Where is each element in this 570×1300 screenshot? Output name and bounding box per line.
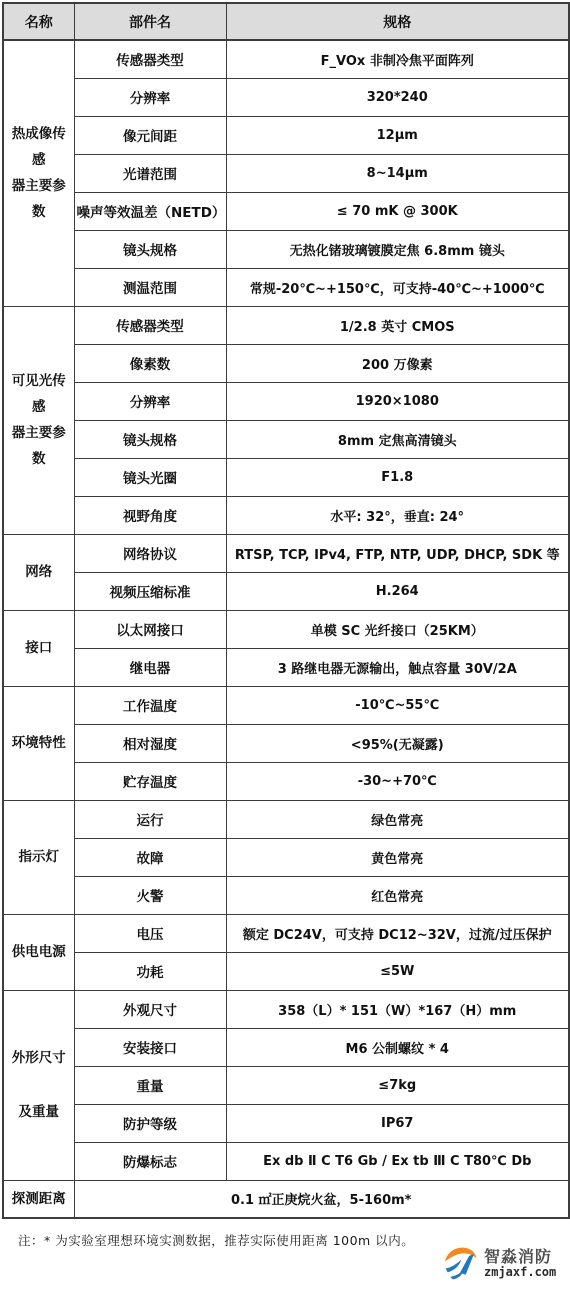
group-name-cell: 外形尺寸 及重量 <box>3 990 74 1180</box>
part-name-cell: 功耗 <box>74 952 226 990</box>
spec-value-cell: 水平: 32°，垂直: 24° <box>226 496 569 534</box>
spec-value-cell: 额定 DC24V，可支持 DC12~32V，过流/过压保护 <box>226 914 569 952</box>
part-name-cell: 分辨率 <box>74 78 226 116</box>
table-row: 外形尺寸 及重量外观尺寸358（L）* 151（W）*167（H）mm <box>3 990 569 1028</box>
spec-value-cell: <95%(无凝露) <box>226 724 569 762</box>
group-name-cell: 网络 <box>3 534 74 610</box>
spec-value-cell: 0.1 ㎡正庚烷火盆，5-160m* <box>74 1180 569 1218</box>
spec-value-cell: 3 路继电器无源输出，触点容量 30V/2A <box>226 648 569 686</box>
spec-value-cell: 红色常亮 <box>226 876 569 914</box>
group-name-cell: 环境特性 <box>3 686 74 800</box>
table-row: 像元间距12μm <box>3 116 569 154</box>
table-row: 防爆标志Ex db Ⅱ C T6 Gb / Ex tb Ⅲ C T80℃ Db <box>3 1142 569 1180</box>
table-row: 接口以太网接口单模 SC 光纤接口（25KM） <box>3 610 569 648</box>
spec-value-cell: 1/2.8 英寸 CMOS <box>226 306 569 344</box>
spec-value-cell: -30~+70℃ <box>226 762 569 800</box>
table-row: 功耗≤5W <box>3 952 569 990</box>
part-name-cell: 相对湿度 <box>74 724 226 762</box>
part-name-cell: 镜头光圈 <box>74 458 226 496</box>
spec-value-cell: ≤5W <box>226 952 569 990</box>
table-row: 可见光传感 器主要参数传感器类型1/2.8 英寸 CMOS <box>3 306 569 344</box>
spec-value-cell: H.264 <box>226 572 569 610</box>
part-name-cell: 防护等级 <box>74 1104 226 1142</box>
spec-value-cell: F_VOx 非制冷焦平面阵列 <box>226 40 569 78</box>
spec-table-body: 热成像传感 器主要参数传感器类型F_VOx 非制冷焦平面阵列分辨率320*240… <box>3 40 569 1218</box>
part-name-cell: 像素数 <box>74 344 226 382</box>
table-row: 分辨率320*240 <box>3 78 569 116</box>
brand-url: zmjaxf.com <box>484 1266 556 1279</box>
table-row: 重量≤7kg <box>3 1066 569 1104</box>
spec-value-cell: F1.8 <box>226 458 569 496</box>
brand-name: 智淼消防 <box>484 1249 556 1266</box>
part-name-cell: 电压 <box>74 914 226 952</box>
table-row: 视频压缩标准H.264 <box>3 572 569 610</box>
table-row: 安装接口M6 公制螺纹 * 4 <box>3 1028 569 1066</box>
spec-value-cell: 绿色常亮 <box>226 800 569 838</box>
spec-value-cell: 358（L）* 151（W）*167（H）mm <box>226 990 569 1028</box>
spec-value-cell: 黄色常亮 <box>226 838 569 876</box>
part-name-cell: 火警 <box>74 876 226 914</box>
spec-value-cell: 无热化锗玻璃镀膜定焦 6.8mm 镜头 <box>226 230 569 268</box>
spec-value-cell: 8mm 定焦高清镜头 <box>226 420 569 458</box>
part-name-cell: 镜头规格 <box>74 230 226 268</box>
spec-value-cell: Ex db Ⅱ C T6 Gb / Ex tb Ⅲ C T80℃ Db <box>226 1142 569 1180</box>
part-name-cell: 测温范围 <box>74 268 226 306</box>
spec-value-cell: M6 公制螺纹 * 4 <box>226 1028 569 1066</box>
table-row: 火警红色常亮 <box>3 876 569 914</box>
brand-logo-text: 智淼消防 zmjaxf.com <box>484 1249 556 1278</box>
table-row: 供电电源电压额定 DC24V，可支持 DC12~32V，过流/过压保护 <box>3 914 569 952</box>
part-name-cell: 故障 <box>74 838 226 876</box>
part-name-cell: 分辨率 <box>74 382 226 420</box>
table-row: 像素数200 万像素 <box>3 344 569 382</box>
part-name-cell: 防爆标志 <box>74 1142 226 1180</box>
spec-value-cell: RTSP, TCP, IPv4, FTP, NTP, UDP, DHCP, SD… <box>226 534 569 572</box>
spec-value-cell: 1920×1080 <box>226 382 569 420</box>
brand-logo: 智淼消防 zmjaxf.com <box>442 1245 556 1282</box>
header-spec: 规格 <box>226 3 569 40</box>
spec-value-cell: IP67 <box>226 1104 569 1142</box>
table-row: 光谱范围8~14μm <box>3 154 569 192</box>
table-row: 噪声等效温差（NETD）≤ 70 mK @ 300K <box>3 192 569 230</box>
group-name-cell: 热成像传感 器主要参数 <box>3 40 74 306</box>
part-name-cell: 镜头规格 <box>74 420 226 458</box>
table-row: 指示灯运行绿色常亮 <box>3 800 569 838</box>
part-name-cell: 继电器 <box>74 648 226 686</box>
part-name-cell: 外观尺寸 <box>74 990 226 1028</box>
group-name-cell: 探测距离 <box>3 1180 74 1218</box>
table-row: 网络网络协议RTSP, TCP, IPv4, FTP, NTP, UDP, DH… <box>3 534 569 572</box>
spec-value-cell: -10℃~55℃ <box>226 686 569 724</box>
spec-value-cell: 200 万像素 <box>226 344 569 382</box>
group-name-cell: 可见光传感 器主要参数 <box>3 306 74 534</box>
part-name-cell: 噪声等效温差（NETD） <box>74 192 226 230</box>
table-row: 镜头光圈F1.8 <box>3 458 569 496</box>
group-name-cell: 指示灯 <box>3 800 74 914</box>
spec-value-cell: 320*240 <box>226 78 569 116</box>
table-row: 环境特性工作温度-10℃~55℃ <box>3 686 569 724</box>
spec-value-cell: 12μm <box>226 116 569 154</box>
table-row: 相对湿度<95%(无凝露) <box>3 724 569 762</box>
part-name-cell: 光谱范围 <box>74 154 226 192</box>
spec-table: 名称 部件名 规格 热成像传感 器主要参数传感器类型F_VOx 非制冷焦平面阵列… <box>2 2 570 1219</box>
table-row: 分辨率1920×1080 <box>3 382 569 420</box>
part-name-cell: 贮存温度 <box>74 762 226 800</box>
part-name-cell: 视野角度 <box>74 496 226 534</box>
table-row: 视野角度水平: 32°，垂直: 24° <box>3 496 569 534</box>
table-row: 镜头规格8mm 定焦高清镜头 <box>3 420 569 458</box>
spec-value-cell: 8~14μm <box>226 154 569 192</box>
header-row: 名称 部件名 规格 <box>3 3 569 40</box>
spec-value-cell: ≤ 70 mK @ 300K <box>226 192 569 230</box>
table-row: 贮存温度-30~+70℃ <box>3 762 569 800</box>
header-name: 名称 <box>3 3 74 40</box>
part-name-cell: 以太网接口 <box>74 610 226 648</box>
part-name-cell: 安装接口 <box>74 1028 226 1066</box>
table-row: 防护等级IP67 <box>3 1104 569 1142</box>
brand-logo-icon <box>442 1245 479 1282</box>
part-name-cell: 运行 <box>74 800 226 838</box>
footnote: 注：* 为实验室理想环境实测数据，推荐实际使用距离 100m 以内。 <box>18 1231 414 1249</box>
spec-value-cell: ≤7kg <box>226 1066 569 1104</box>
group-name-cell: 接口 <box>3 610 74 686</box>
table-row: 测温范围常规-20℃~+150℃，可支持-40℃~+1000℃ <box>3 268 569 306</box>
part-name-cell: 传感器类型 <box>74 306 226 344</box>
header-part: 部件名 <box>74 3 226 40</box>
part-name-cell: 工作温度 <box>74 686 226 724</box>
part-name-cell: 视频压缩标准 <box>74 572 226 610</box>
table-row: 热成像传感 器主要参数传感器类型F_VOx 非制冷焦平面阵列 <box>3 40 569 78</box>
table-row: 镜头规格无热化锗玻璃镀膜定焦 6.8mm 镜头 <box>3 230 569 268</box>
table-row: 继电器3 路继电器无源输出，触点容量 30V/2A <box>3 648 569 686</box>
group-name-cell: 供电电源 <box>3 914 74 990</box>
part-name-cell: 传感器类型 <box>74 40 226 78</box>
spec-value-cell: 常规-20℃~+150℃，可支持-40℃~+1000℃ <box>226 268 569 306</box>
table-row: 探测距离0.1 ㎡正庚烷火盆，5-160m* <box>3 1180 569 1218</box>
spec-value-cell: 单模 SC 光纤接口（25KM） <box>226 610 569 648</box>
part-name-cell: 重量 <box>74 1066 226 1104</box>
part-name-cell: 像元间距 <box>74 116 226 154</box>
table-row: 故障黄色常亮 <box>3 838 569 876</box>
spec-sheet-page: 名称 部件名 规格 热成像传感 器主要参数传感器类型F_VOx 非制冷焦平面阵列… <box>0 0 570 1300</box>
part-name-cell: 网络协议 <box>74 534 226 572</box>
